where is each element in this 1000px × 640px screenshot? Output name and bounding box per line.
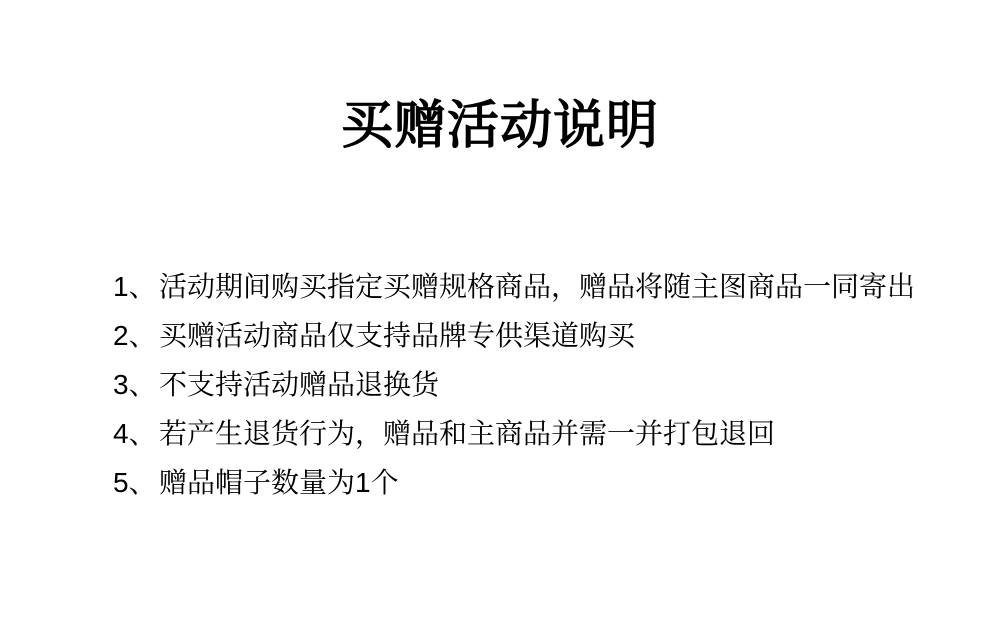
list-item-text: 若产生退货行为，赠品和主商品并需一并打包退回 [159, 412, 775, 452]
list-item: 2、 买赠活动商品仅支持品牌专供渠道购买 [113, 310, 960, 358]
list-item: 1、 活动期间购买指定买赠规格商品，赠品将随主图商品一同寄出 [113, 261, 960, 309]
list-item-number: 5、 [113, 461, 159, 501]
list-item-text: 赠品帽子数量为1个 [159, 461, 399, 501]
list-item-text: 不支持活动赠品退换货 [159, 363, 439, 403]
notice-list: 1、 活动期间购买指定买赠规格商品，赠品将随主图商品一同寄出 2、 买赠活动商品… [113, 261, 960, 506]
list-item: 4、 若产生退货行为，赠品和主商品并需一并打包退回 [113, 408, 960, 456]
list-item-number: 4、 [113, 412, 159, 452]
list-item-text: 活动期间购买指定买赠规格商品，赠品将随主图商品一同寄出 [159, 265, 915, 305]
page-title: 买赠活动说明 [0, 95, 1000, 157]
list-item-text: 买赠活动商品仅支持品牌专供渠道购买 [159, 314, 635, 354]
list-item-number: 3、 [113, 363, 159, 403]
promo-notice-page: 买赠活动说明 1、 活动期间购买指定买赠规格商品，赠品将随主图商品一同寄出 2、… [0, 0, 1000, 640]
list-item: 5、 赠品帽子数量为1个 [113, 457, 960, 505]
list-item-number: 2、 [113, 314, 159, 354]
list-item-number: 1、 [113, 265, 159, 305]
list-item: 3、 不支持活动赠品退换货 [113, 359, 960, 407]
